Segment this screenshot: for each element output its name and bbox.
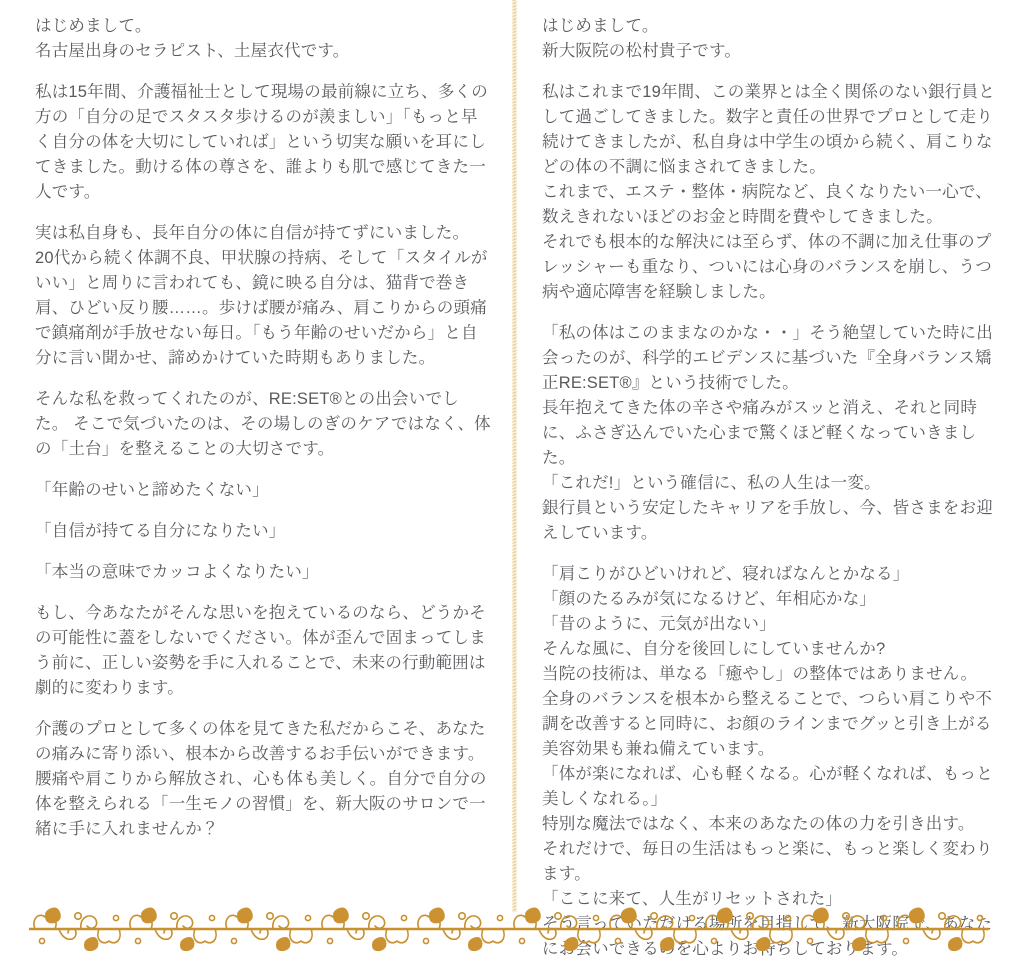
paragraph: 「自信が持てる自分になりたい」 [35,519,491,544]
column-divider [512,0,517,912]
paragraph: そんな私を救ってくれたのが、RE:SET®との出会いでした。 そこで気づいたのは… [35,387,491,462]
paragraph: 「私の体はこのままなのかな・・」そう絶望していた時に出会ったのが、科学的エビデン… [542,321,1000,546]
footer-flourish-ornament [28,903,990,955]
paragraph: 介護のプロとして多くの体を見てきた私だからこそ、あなたの痛みに寄り添い、根本から… [35,717,491,842]
greeting-page: はじめまして。 名古屋出身のセラピスト、土屋衣代です。私は15年間、介護福祉士と… [0,0,1024,975]
left-column-text: はじめまして。 名古屋出身のセラピスト、土屋衣代です。私は15年間、介護福祉士と… [35,14,491,842]
right-column-text: はじめまして。 新大阪院の松村貴子です。私はこれまで19年間、この業界とは全く関… [542,14,1000,962]
paragraph: はじめまして。 新大阪院の松村貴子です。 [542,14,1000,64]
paragraph: はじめまして。 名古屋出身のセラピスト、土屋衣代です。 [35,14,491,64]
paragraph: 私はこれまで19年間、この業界とは全く関係のない銀行員として過ごしてきました。数… [542,80,1000,305]
paragraph: 「肩こりがひどいけれど、寝ればなんとかなる」 「顔のたるみが気になるけど、年相応… [542,562,1000,962]
paragraph: 実は私自身も、長年自分の体に自信が持てずにいました。 20代から続く体調不良、甲… [35,221,491,371]
paragraph: 「年齢のせいと諦めたくない」 [35,478,491,503]
paragraph: 「本当の意味でカッコよくなりたい」 [35,560,491,585]
paragraph: 私は15年間、介護福祉士として現場の最前線に立ち、多くの方の「自分の足でスタスタ… [35,80,491,205]
paragraph: もし、今あなたがそんな思いを抱えているのなら、どうかその可能性に蓋をしないでくだ… [35,601,491,701]
